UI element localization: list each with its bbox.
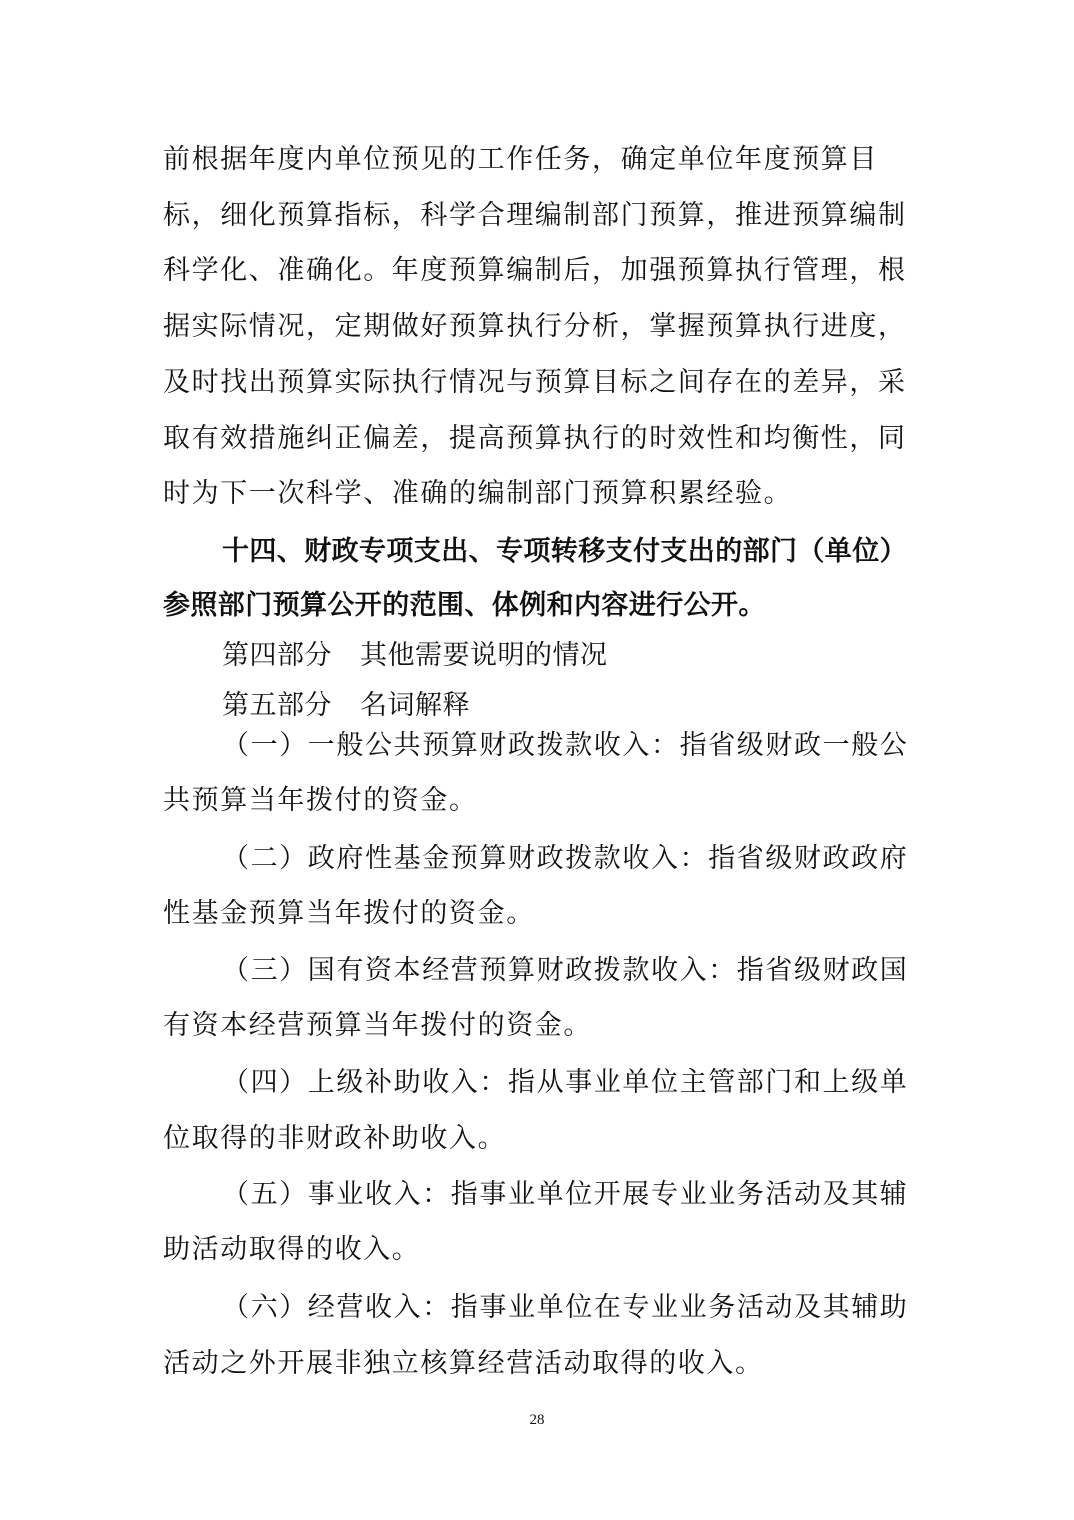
definition-line: （三）国有资本经营预算财政拨款收入：指省级财政国	[222, 953, 972, 989]
part-5-heading: 第五部分名词解释	[222, 688, 972, 724]
page-number: 28	[0, 1412, 1074, 1429]
paragraph-line: 标，细化预算指标，科学合理编制部门预算，推进预算编制	[163, 198, 913, 234]
paragraph-line: 时为下一次科学、准确的编制部门预算积累经验。	[163, 476, 913, 512]
paragraph-line: 取有效措施纠正偏差，提高预算执行的时效性和均衡性，同	[163, 421, 913, 457]
paragraph-line: 据实际情况，定期做好预算执行分析，掌握预算执行进度，	[163, 309, 913, 345]
definition-line: （六）经营收入：指事业单位在专业业务活动及其辅助	[222, 1290, 972, 1326]
definition-line: 有资本经营预算当年拨付的资金。	[163, 1008, 913, 1044]
paragraph-line: 及时找出预算实际执行情况与预算目标之间存在的差异，采	[163, 365, 913, 401]
paragraph-line: 科学化、准确化。年度预算编制后，加强预算执行管理，根	[163, 253, 913, 289]
part-5-number: 第五部分	[222, 690, 332, 721]
definition-line: 活动之外开展非独立核算经营活动取得的收入。	[163, 1346, 913, 1382]
definition-line: 性基金预算当年拨付的资金。	[163, 896, 913, 932]
part-4-heading: 第四部分其他需要说明的情况	[222, 638, 972, 674]
section-heading-line: 十四、财政专项支出、专项转移支付支出的部门（单位）	[222, 534, 972, 570]
definition-line: 位取得的非财政补助收入。	[163, 1121, 913, 1157]
paragraph-line: 前根据年度内单位预见的工作任务，确定单位年度预算目	[163, 142, 913, 178]
part-5-title: 名词解释	[360, 690, 470, 721]
definition-line: （一）一般公共预算财政拨款收入：指省级财政一般公	[222, 728, 972, 764]
definition-line: （五）事业收入：指事业单位开展专业业务活动及其辅	[222, 1177, 972, 1213]
definition-line: （四）上级补助收入：指从事业单位主管部门和上级单	[222, 1065, 972, 1101]
part-4-title: 其他需要说明的情况	[360, 640, 608, 671]
section-heading-line: 参照部门预算公开的范围、体例和内容进行公开。	[163, 588, 913, 624]
part-4-number: 第四部分	[222, 640, 332, 671]
definition-line: 助活动取得的收入。	[163, 1232, 913, 1268]
definition-line: 共预算当年拨付的资金。	[163, 783, 913, 819]
definition-line: （二）政府性基金预算财政拨款收入：指省级财政政府	[222, 841, 972, 877]
